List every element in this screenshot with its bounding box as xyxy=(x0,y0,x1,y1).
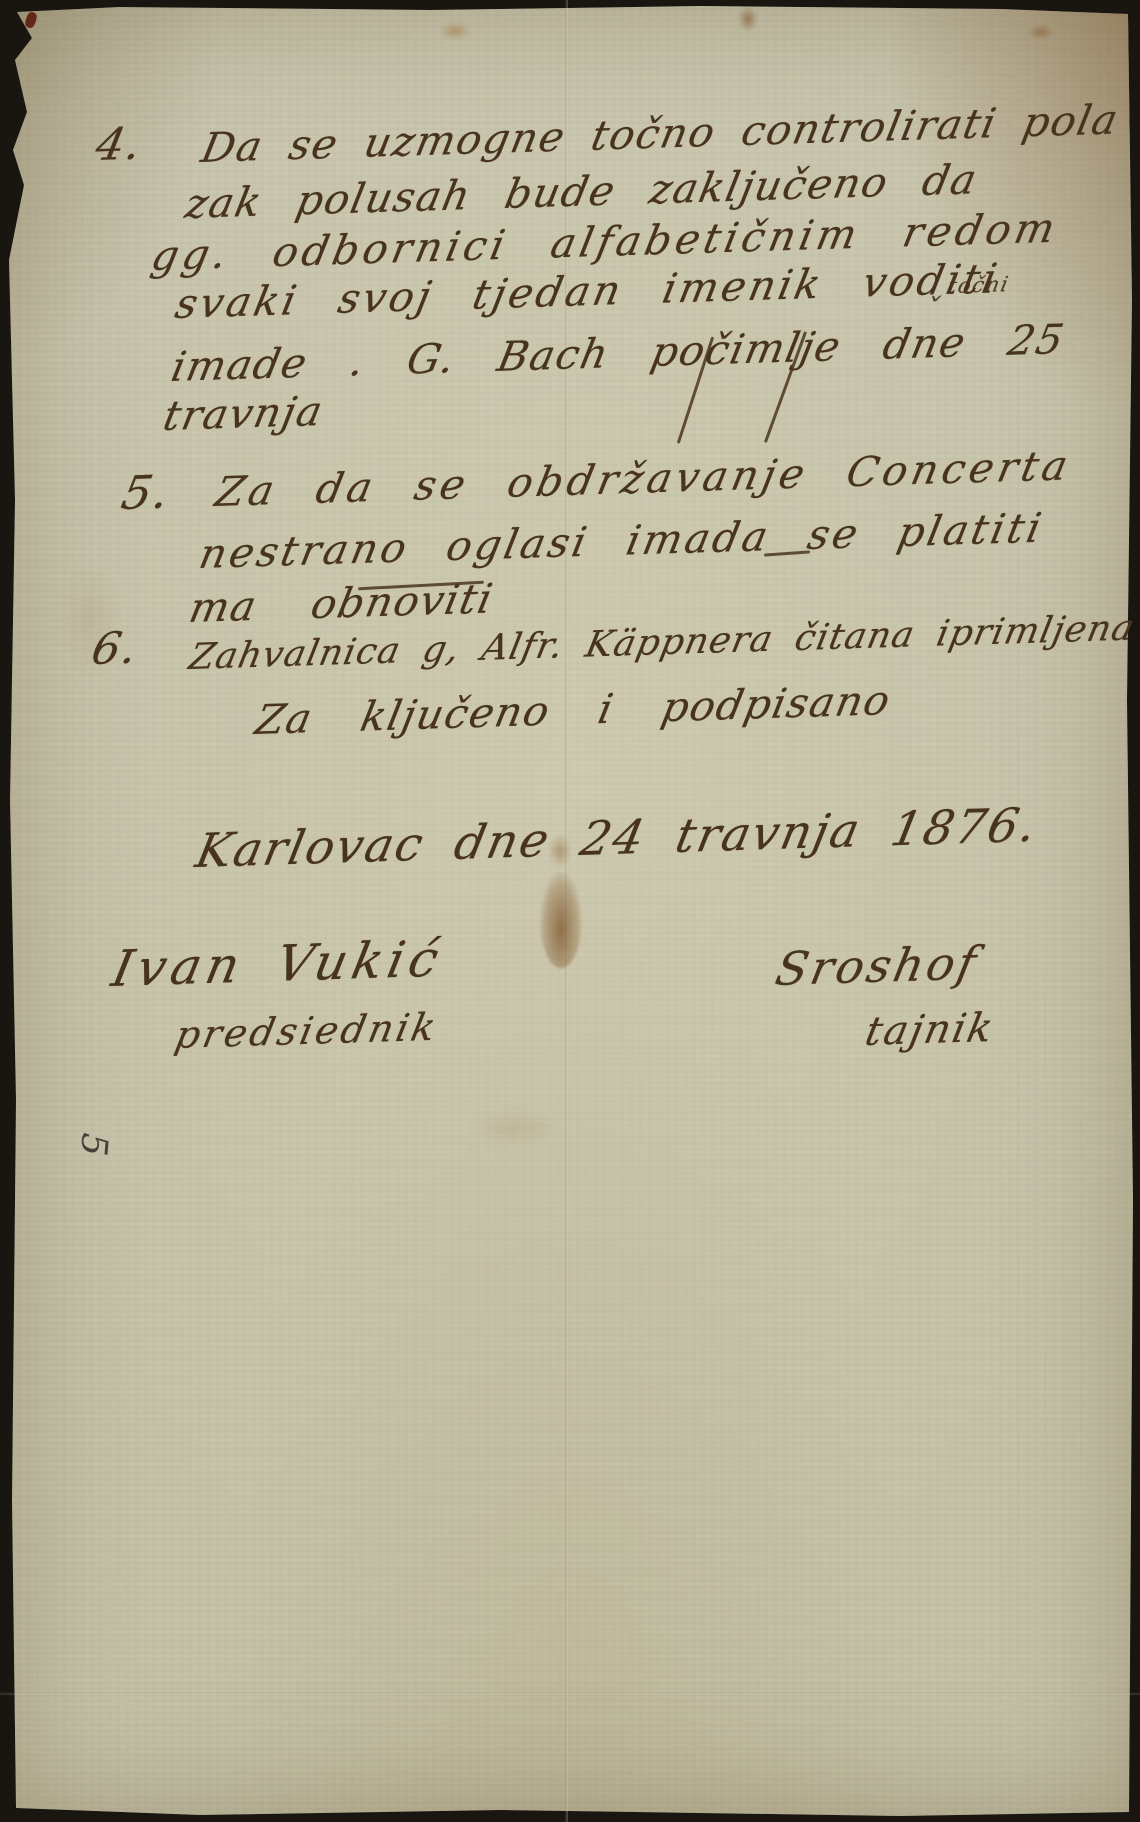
signature-right-name: Sroshof xyxy=(772,940,983,992)
pencil-margin-note: 5 xyxy=(72,1131,115,1157)
signature-left-title: predsiednik xyxy=(172,1008,442,1054)
item-4-insertion-word: točni xyxy=(946,274,1011,297)
item-5-number: 5. xyxy=(118,469,174,516)
item-5-line-3: ma obnoviti xyxy=(186,579,497,629)
item-4-number: 4. xyxy=(92,123,146,168)
scanned-document-page: 4. Da se uzmogne točno controlirati pola… xyxy=(0,0,1140,1822)
signature-right-title: tajnik xyxy=(862,1008,998,1052)
signature-left-name: Ivan Vukić xyxy=(108,934,447,994)
item-6-number: 6. xyxy=(88,627,142,672)
item-4-line-6: travnja xyxy=(160,391,327,437)
